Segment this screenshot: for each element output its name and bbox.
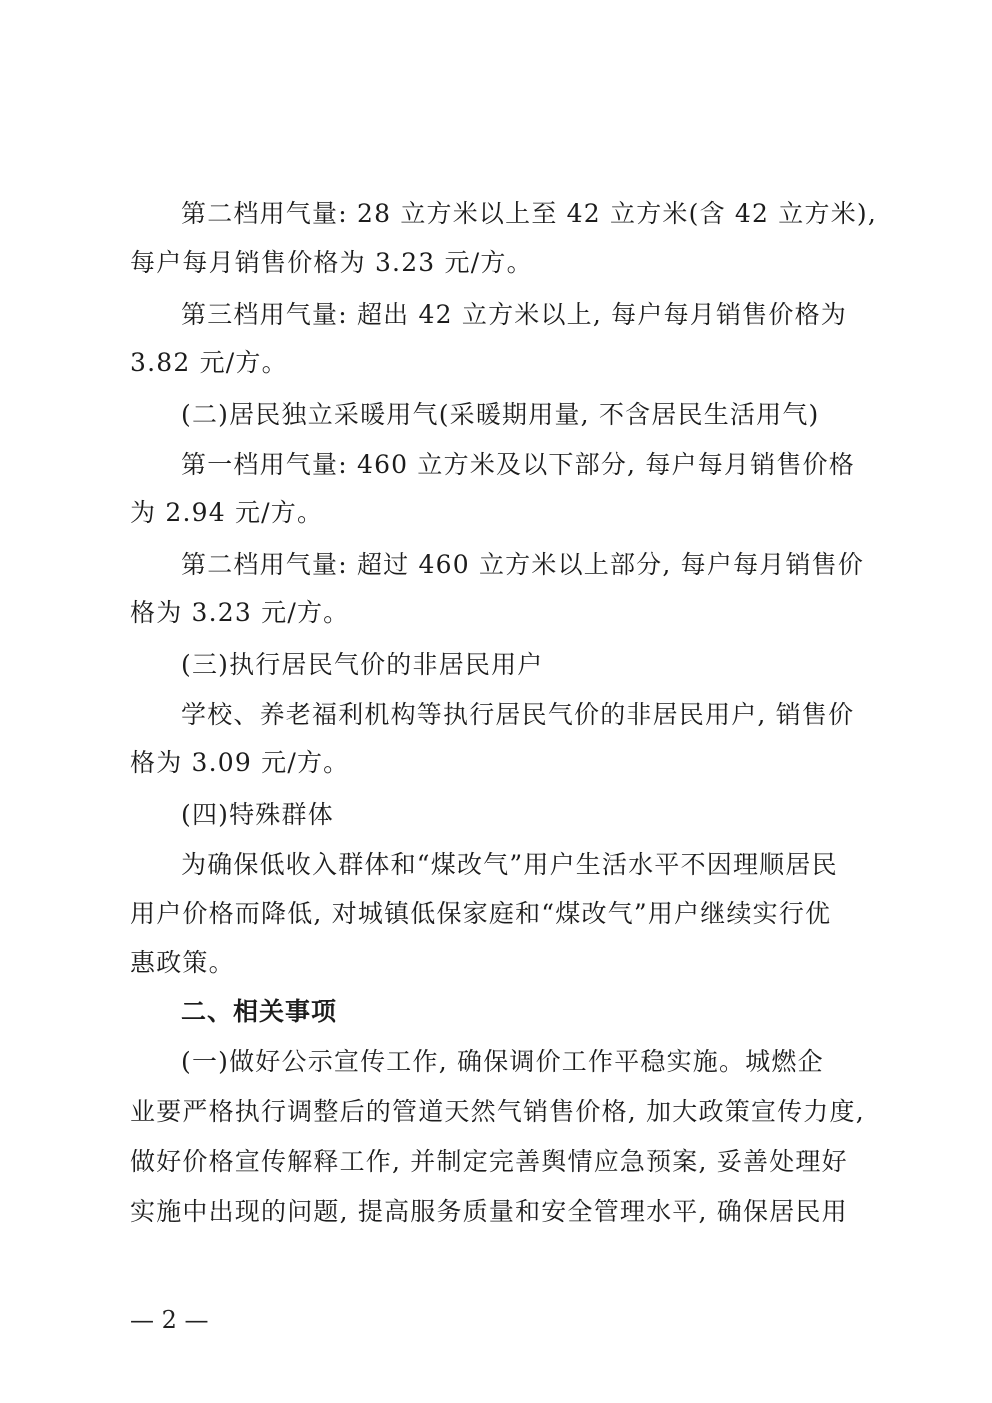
paragraph-line: 3.82 元/方。	[130, 347, 860, 379]
paragraph-heating-tier2: 第二档用气量: 超过 460 立方米以上部分, 每户每月销售价	[181, 549, 861, 581]
paragraph-publicity: (一)做好公示宣传工作, 确保调价工作平稳实施。城燃企	[181, 1046, 861, 1078]
section-heading-heating: (二)居民独立采暖用气(采暖期用量, 不含居民生活用气)	[181, 399, 861, 431]
paragraph-line: 实施中出现的问题, 提高服务质量和安全管理水平, 确保居民用	[130, 1196, 860, 1228]
paragraph-tier3-residential: 第三档用气量: 超出 42 立方米以上, 每户每月销售价格为	[181, 299, 861, 331]
document-page: 第二档用气量: 28 立方米以上至 42 立方米(含 42 立方米), 每户每月…	[0, 0, 992, 1403]
paragraph-nonresidential: 学校、养老福利机构等执行居民气价的非居民用户, 销售价	[181, 699, 861, 731]
paragraph-heating-tier1: 第一档用气量: 460 立方米及以下部分, 每户每月销售价格	[181, 449, 861, 481]
paragraph-line: 用户价格而降低, 对城镇低保家庭和“煤改气”用户继续实行优	[130, 898, 860, 930]
paragraph-line: 惠政策。	[130, 947, 860, 979]
paragraph-line: 格为 3.09 元/方。	[130, 747, 860, 779]
paragraph-special-groups: 为确保低收入群体和“煤改气”用户生活水平不因理顺居民	[181, 849, 861, 881]
section-heading-related-matters: 二、相关事项	[181, 996, 861, 1028]
page-number: — 2 —	[130, 1305, 209, 1335]
paragraph-line: 为 2.94 元/方。	[130, 497, 860, 529]
paragraph-line: 做好价格宣传解释工作, 并制定完善舆情应急预案, 妥善处理好	[130, 1146, 860, 1178]
paragraph-line: 业要严格执行调整后的管道天然气销售价格, 加大政策宣传力度,	[130, 1096, 860, 1128]
section-heading-special-groups: (四)特殊群体	[181, 799, 861, 831]
section-heading-nonresidential: (三)执行居民气价的非居民用户	[181, 649, 861, 681]
paragraph-line: 每户每月销售价格为 3.23 元/方。	[130, 247, 860, 279]
paragraph-line: 格为 3.23 元/方。	[130, 597, 860, 629]
paragraph-tier2-residential: 第二档用气量: 28 立方米以上至 42 立方米(含 42 立方米),	[181, 198, 861, 230]
